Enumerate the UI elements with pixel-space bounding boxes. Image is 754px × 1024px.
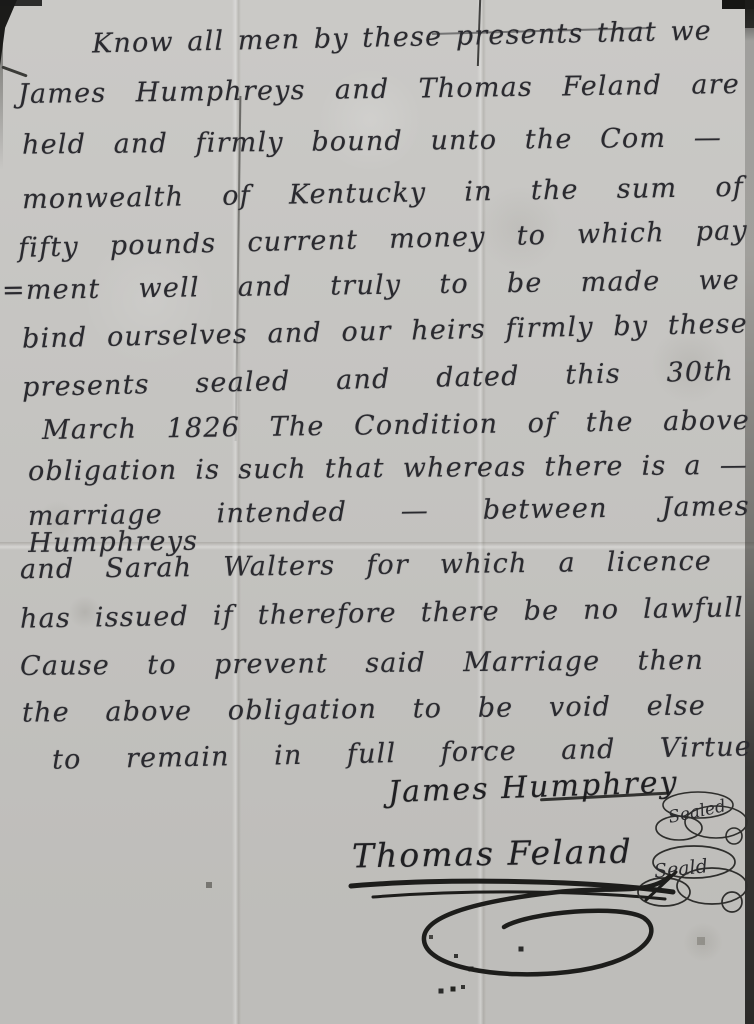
- signature-thomas-feland: Thomas Feland: [352, 832, 633, 876]
- document-line-8: presents sealed and dated this 30th: [22, 358, 734, 401]
- seal-james: Sealed: [646, 786, 752, 846]
- document-line-5: fifty pounds current money to which pay: [18, 217, 748, 262]
- document-line-9: March 1826 The Condition of the above: [42, 407, 750, 444]
- scan-edge-top-left: [0, 0, 42, 6]
- document-line-10: obligation is such that whereas there is…: [28, 452, 748, 485]
- document-line-1: Know all men by these presents that we: [92, 18, 712, 58]
- scan-corner-top-right-wedge: [745, 0, 754, 28]
- ink-flourish: [408, 870, 678, 990]
- pen-mark-left-margin: [1, 65, 27, 77]
- document-line-14: Cause to prevent said Marriage then: [20, 647, 704, 680]
- document-line-13: has issued if therefore there be no lawf…: [20, 594, 744, 632]
- ink-specks: [0, 0, 2, 2]
- signature-james-humphrey: James Humphrey: [387, 765, 679, 810]
- document-line-15: the above obligation to be void else: [22, 692, 706, 726]
- document-line-6: =ment well and truly to be made we: [2, 267, 740, 304]
- document-line-7: bind ourselves and our heirs firmly by t…: [22, 310, 748, 352]
- document-line-12: and Sarah Walters for which a licence: [20, 548, 712, 583]
- document-line-2: James Humphreys and Thomas Feland are: [18, 71, 740, 108]
- document-line-4: monwealth of Kentucky in the sum of: [22, 174, 744, 214]
- document-line-3: held and firmly bound unto the Com —: [22, 124, 722, 158]
- document-page: Know all men by these presents that we J…: [0, 0, 754, 1024]
